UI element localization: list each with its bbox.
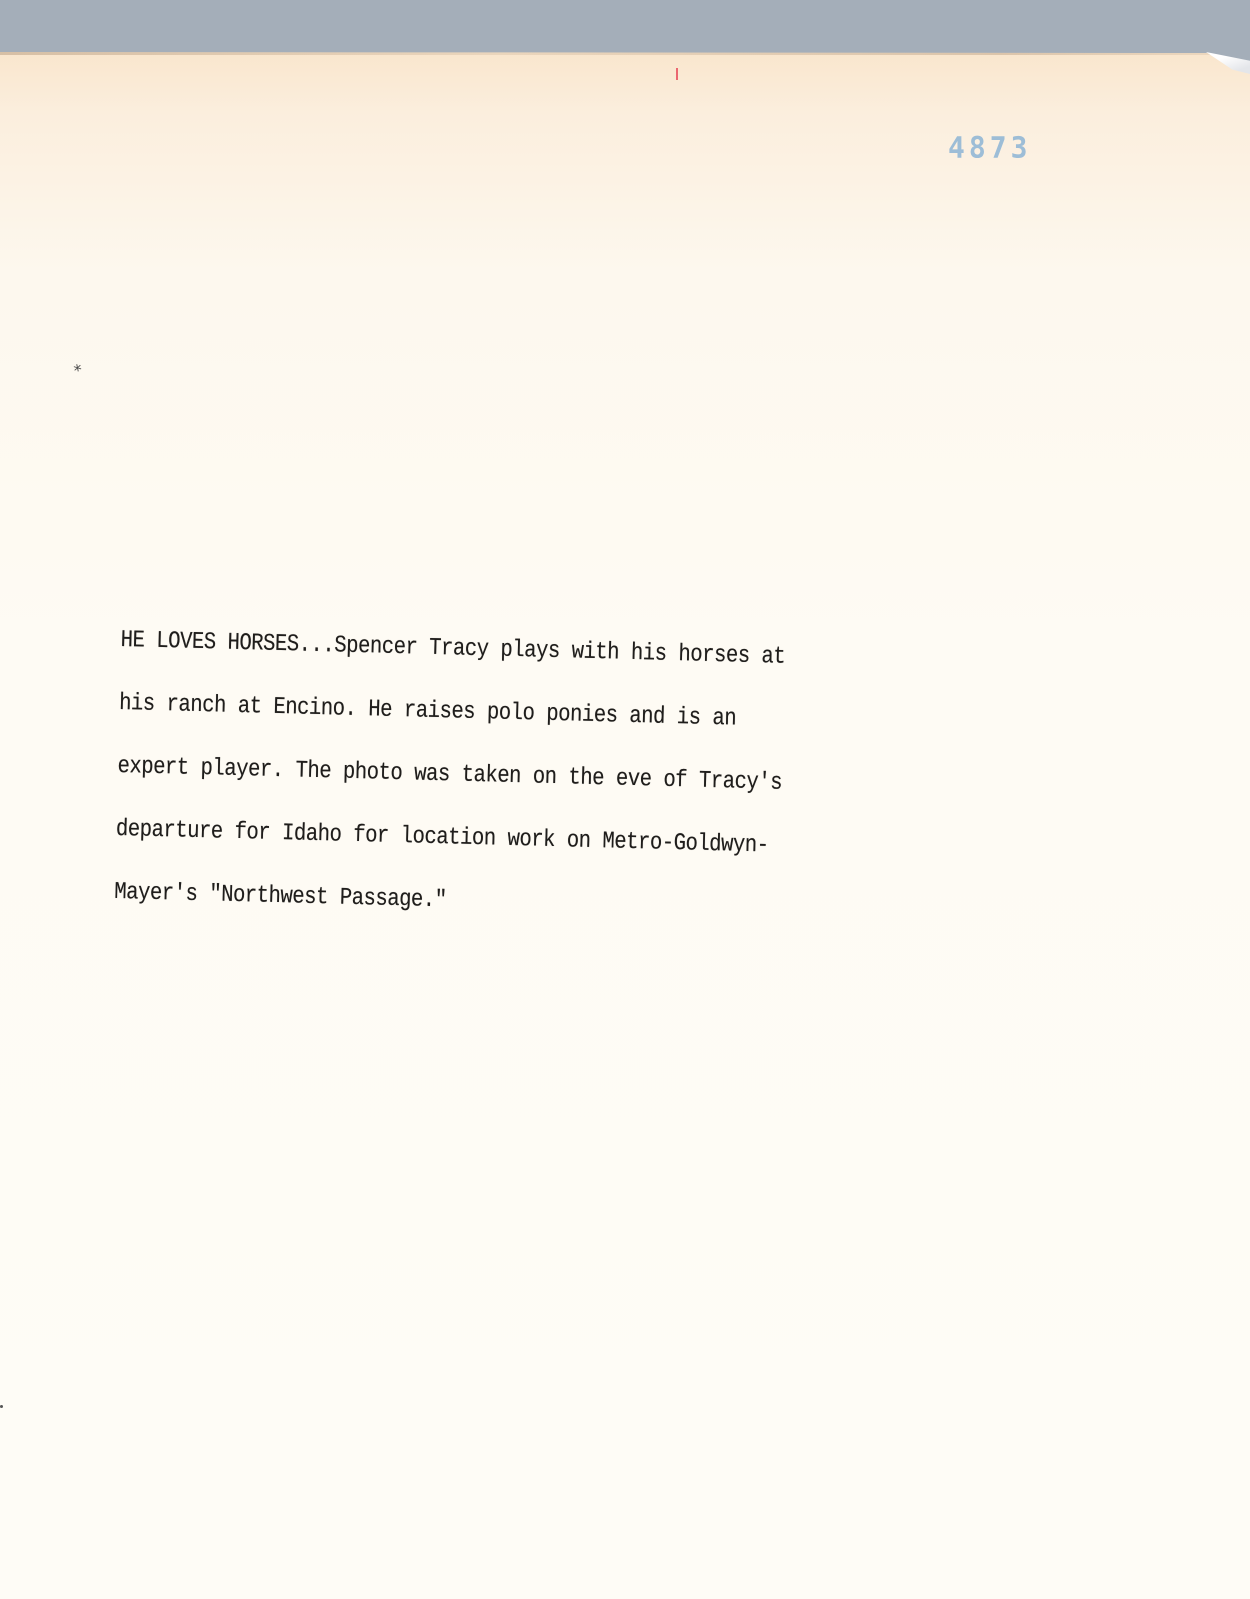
- caption-line: Mayer's "Northwest Passage.": [114, 882, 888, 923]
- caption-line: his ranch at Encino. He raises polo poni…: [119, 693, 893, 734]
- caption-line: HE LOVES HORSES...Spencer Tracy plays wi…: [120, 630, 894, 671]
- edge-speck-mark: [0, 1405, 3, 1408]
- caption-line: departure for Idaho for location work on…: [116, 819, 890, 860]
- caption-line: expert player. The photo was taken on th…: [117, 756, 891, 797]
- stamped-catalog-number: 4873: [948, 130, 1031, 165]
- red-pencil-mark: [676, 68, 678, 80]
- typed-caption: HE LOVES HORSES...Spencer Tracy plays wi…: [113, 588, 895, 943]
